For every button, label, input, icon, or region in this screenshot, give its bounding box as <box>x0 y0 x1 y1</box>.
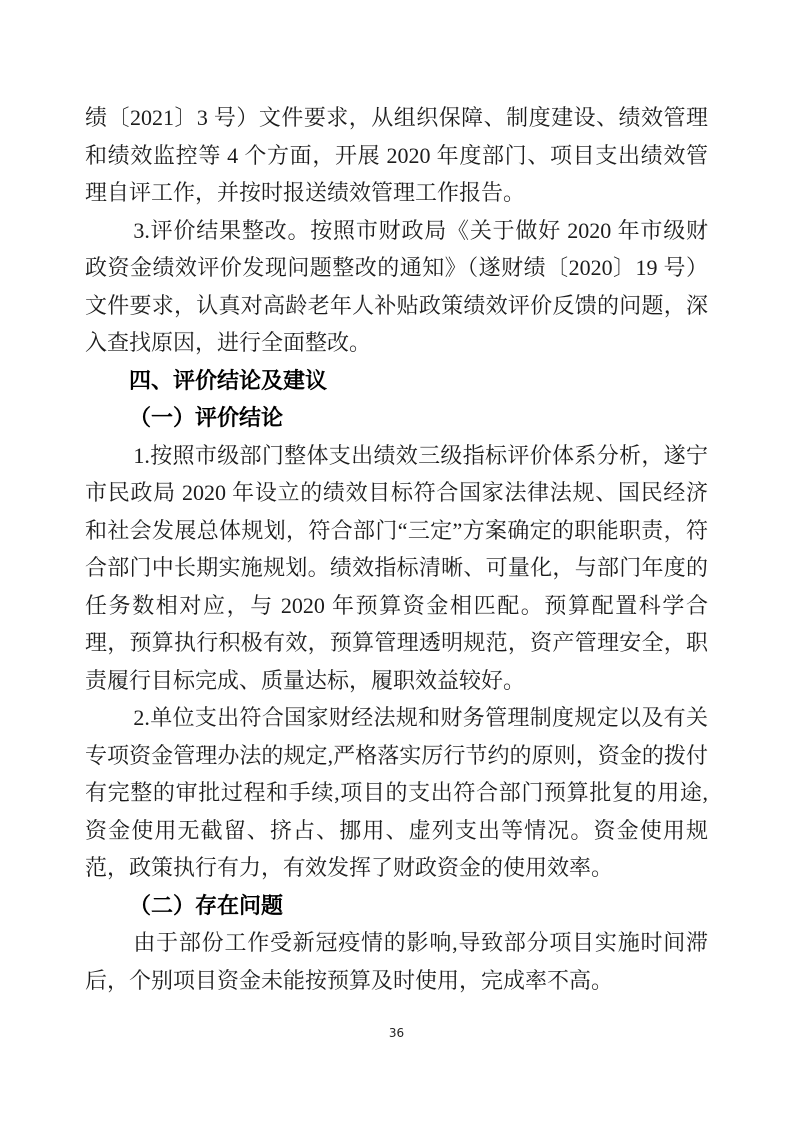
document-page: 绩〔2021〕3 号）文件要求，从组织保障、制度建设、绩效管理和绩效监控等 4 … <box>0 0 793 1122</box>
section-heading-conclusions-and-suggestions: 四、评价结论及建议 <box>85 362 708 400</box>
subsection-heading-evaluation-conclusion: （一）评价结论 <box>85 399 708 437</box>
paragraph-result-rectification: 3.评价结果整改。按照市财政局《关于做好 2020 年市级财政资金绩效评价发现问… <box>85 212 708 362</box>
subsection-heading-existing-problems: （二）存在问题 <box>85 887 708 925</box>
paragraph-conclusion-2: 2.单位支出符合国家财经法规和财务管理制度规定以及有关专项资金管理办法的规定,严… <box>85 699 708 887</box>
page-number: 36 <box>0 1026 793 1040</box>
document-body: 绩〔2021〕3 号）文件要求，从组织保障、制度建设、绩效管理和绩效监控等 4 … <box>85 99 708 999</box>
paragraph-problems: 由于部份工作受新冠疫情的影响,导致部分项目实施时间滞后，个别项目资金未能按预算及… <box>85 924 708 999</box>
paragraph-conclusion-1: 1.按照市级部门整体支出绩效三级指标评价体系分析，遂宁市民政局 2020 年设立… <box>85 437 708 700</box>
paragraph-continuation: 绩〔2021〕3 号）文件要求，从组织保障、制度建设、绩效管理和绩效监控等 4 … <box>85 99 708 212</box>
